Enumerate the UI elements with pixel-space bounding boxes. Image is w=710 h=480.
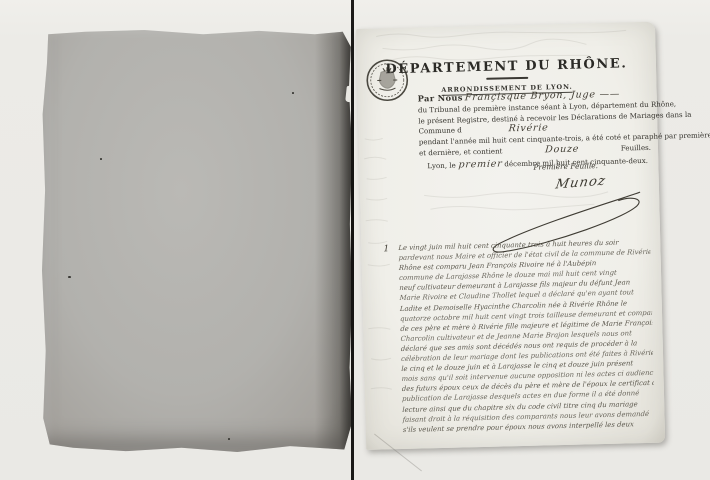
premiere-feuille-label: Première Feuille.	[533, 161, 598, 172]
act-number: 1	[383, 244, 389, 254]
right-register-page: DÉPARTEMENT DU RHÔNE. ARRONDISSEMENT DE …	[356, 22, 665, 450]
feuilles-count-handwritten: Douze	[544, 145, 579, 157]
paper-speck	[228, 438, 230, 440]
contient-label: et dernière, et contient	[419, 146, 503, 159]
commune-label: Commune d	[418, 126, 462, 136]
paper-speck	[292, 92, 294, 94]
left-blank-page	[42, 30, 352, 452]
book-gutter-line	[351, 0, 354, 480]
scanned-register-spread: DÉPARTEMENT DU RHÔNE. ARRONDISSEMENT DE …	[0, 0, 710, 480]
paper-speck	[68, 276, 71, 278]
manuscript-lines: Le vingt juin mil huit cent cinquante tr…	[398, 237, 655, 435]
date-day-handwritten: premier	[458, 159, 503, 171]
date-prefix-label: Lyon, le	[427, 160, 456, 170]
paper-speck	[100, 158, 102, 160]
feuilles-label: Feuilles.	[621, 143, 651, 155]
preamble-block: Par Nous Françisque Bryon, Juge —— du Tr…	[418, 88, 652, 172]
par-nous-label: Par Nous	[418, 92, 463, 103]
